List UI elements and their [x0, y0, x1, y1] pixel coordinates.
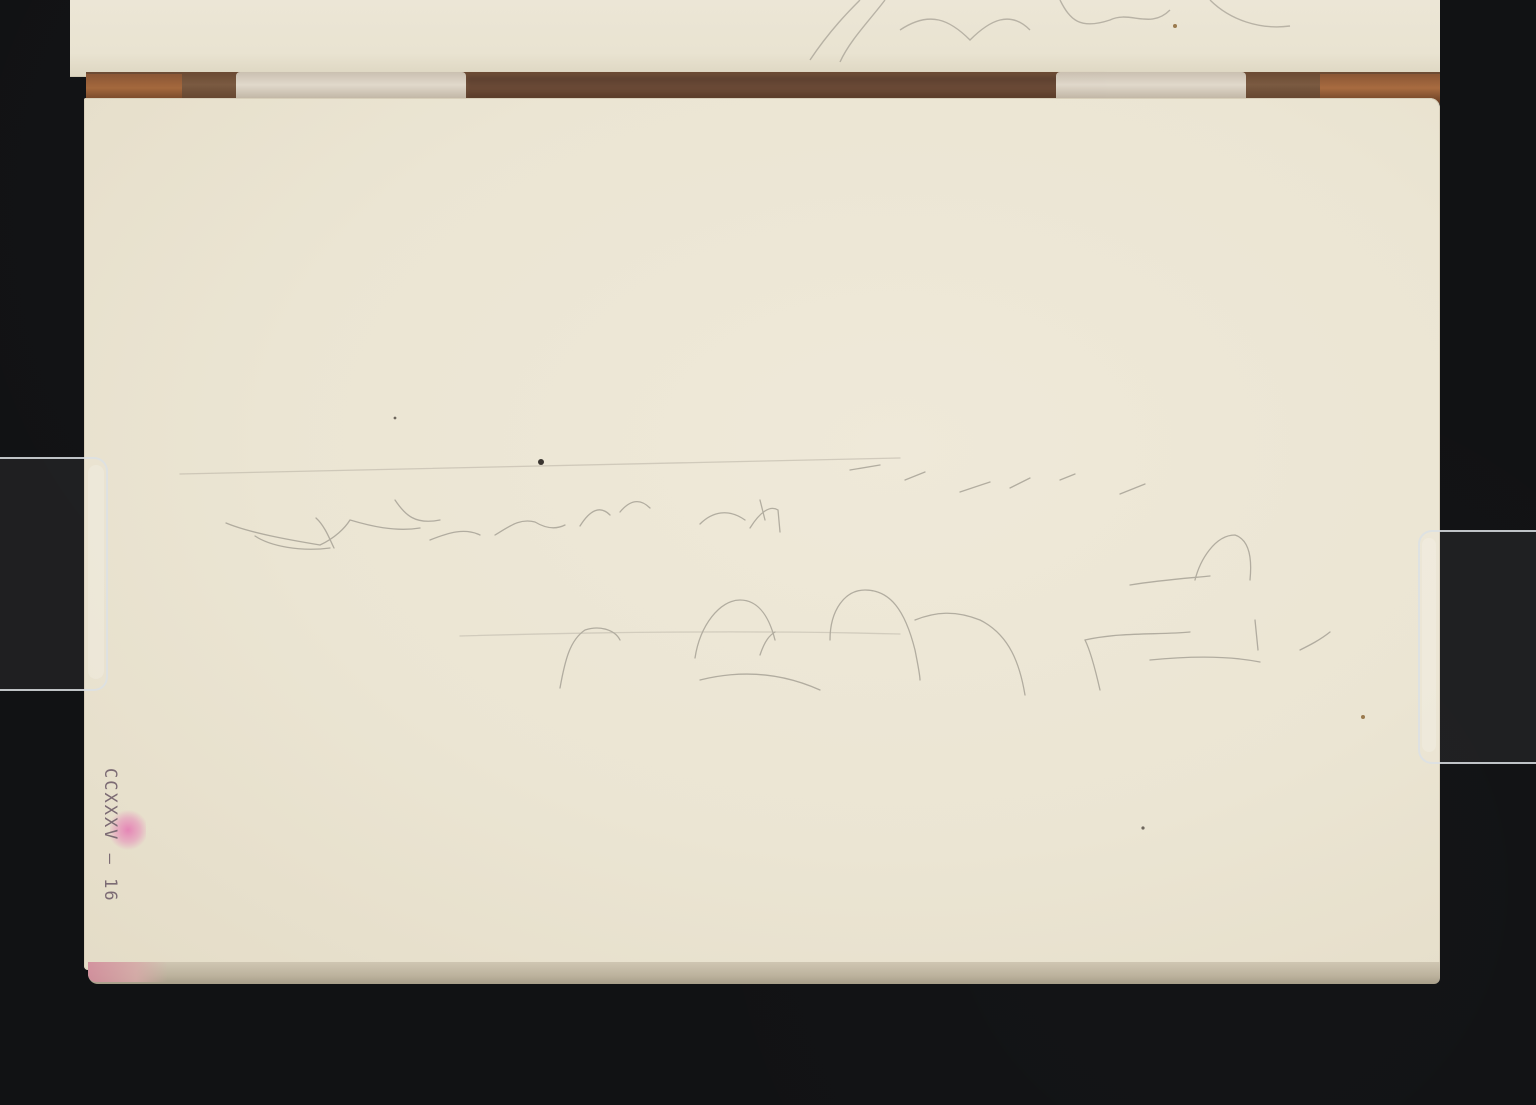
page-block-edge: [88, 962, 1440, 984]
catalogue-stamp: CCXXXV — 16: [100, 768, 120, 903]
sketch-page: [84, 98, 1440, 970]
right-plastic-clip: [1414, 528, 1536, 768]
left-plastic-clip: [0, 455, 112, 695]
previous-page-sketch: [70, 0, 1440, 76]
pink-edge-stain: [88, 962, 168, 982]
clip-glare: [88, 465, 104, 679]
clip-glare: [1422, 538, 1436, 752]
previous-page: [70, 0, 1440, 77]
binding-shadow: [466, 76, 1106, 100]
